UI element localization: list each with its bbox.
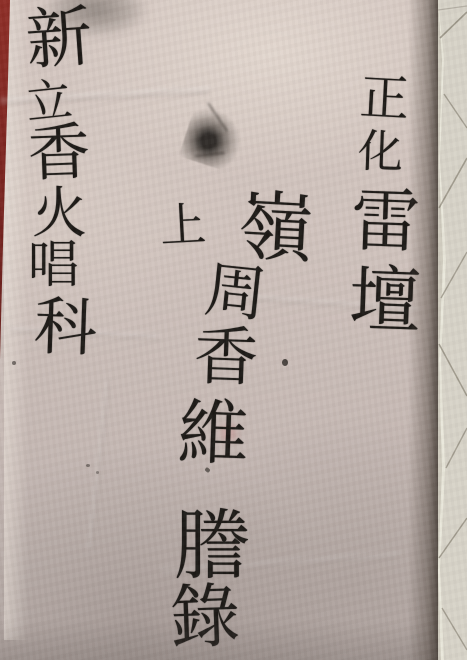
bottom-shadow (0, 620, 440, 660)
calligraphy-char: 香 (27, 121, 91, 185)
calligraphy-char: 周 (202, 259, 269, 326)
paper-crease (87, 380, 111, 550)
wall-crack-texture (438, 0, 467, 660)
calligraphy-char: 新 (24, 4, 94, 74)
calligraphy-char: 謄 (174, 508, 250, 584)
ink-blot (179, 103, 250, 174)
calligraphy-char: 唱 (28, 240, 79, 291)
textured-wall (438, 0, 467, 660)
calligraphy-char: 香 (193, 325, 259, 391)
calligraphy-char: 上 (159, 201, 207, 249)
ink-speck (282, 359, 288, 366)
ink-speck (96, 471, 99, 474)
calligraphy-char: 嶺 (236, 188, 316, 268)
calligraphy-char: 正 (359, 73, 411, 124)
calligraphy-char: 科 (33, 295, 98, 360)
ink-speck (12, 361, 16, 365)
calligraphy-char: 火 (32, 186, 87, 241)
calligraphy-char: 化 (357, 128, 404, 175)
manuscript-cover-photo: 新 立 香 火 唱 科 正 化 雷 壇 嶺 上 周 香 維 謄 錄 (0, 0, 467, 660)
calligraphy-char: 維 (177, 397, 250, 470)
ink-speck (86, 464, 90, 467)
